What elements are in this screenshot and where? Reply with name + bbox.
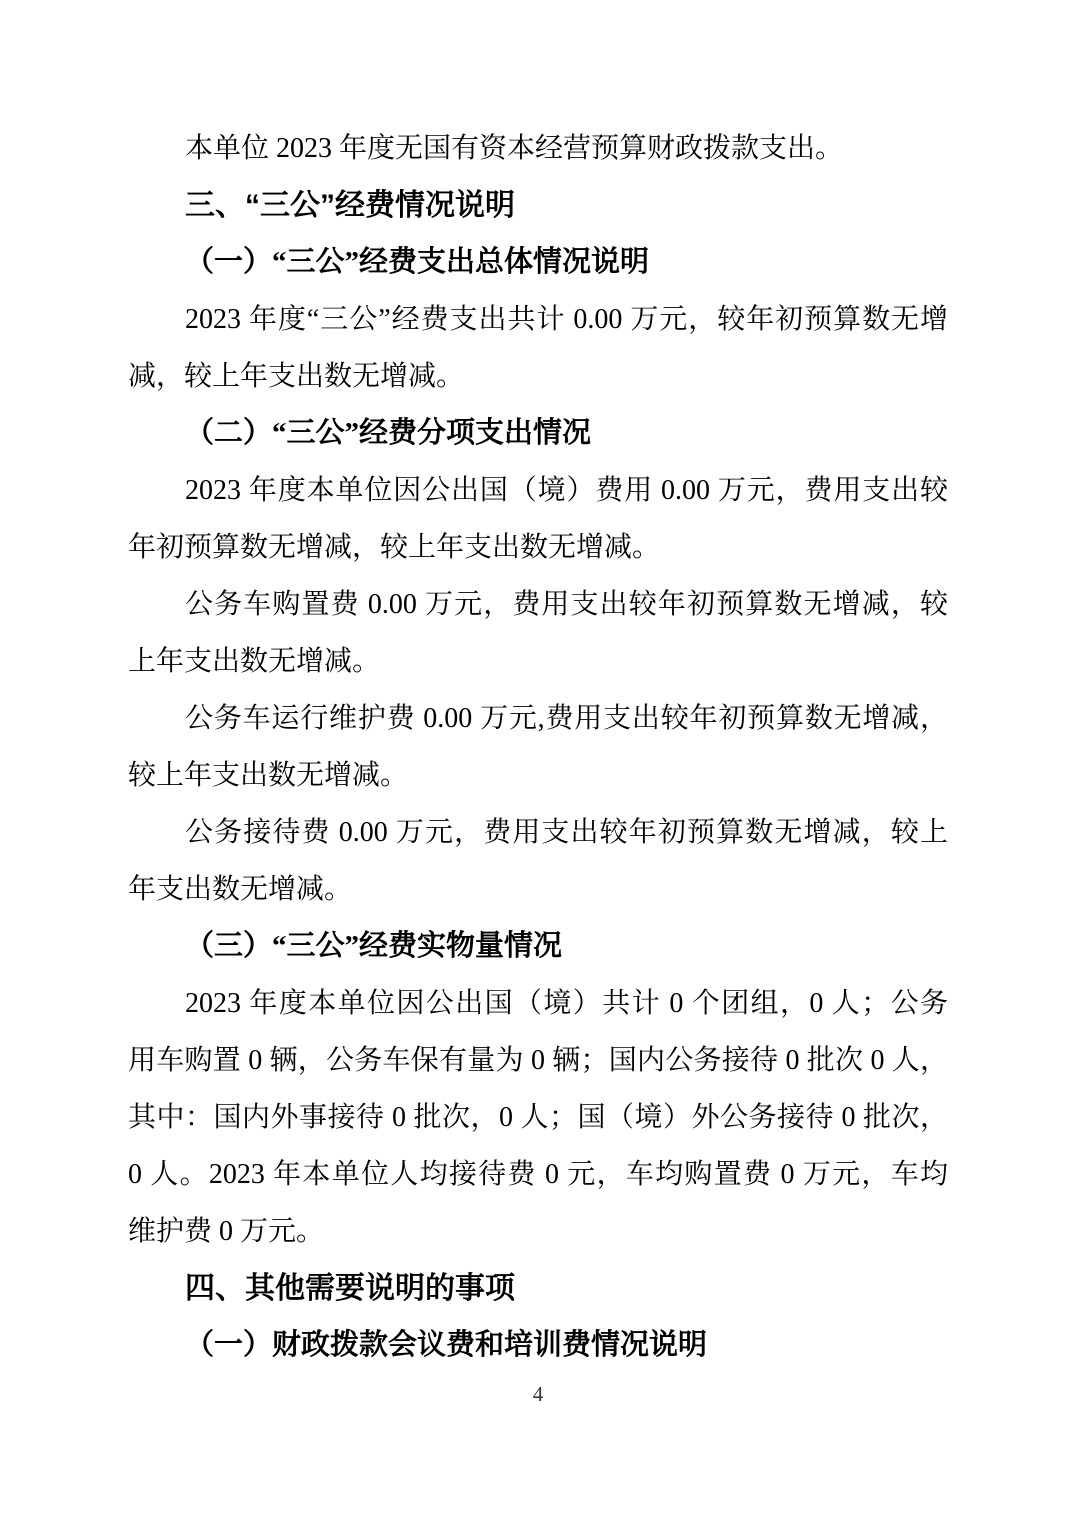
- paragraph-line: 维护费 0 万元。: [128, 1203, 948, 1260]
- paragraph-line: 较上年支出数无增减。: [128, 747, 948, 804]
- paragraph-line: 年初预算数无增减，较上年支出数无增减。: [128, 519, 948, 576]
- heading-sub-3-2: （二）“三公”经费分项支出情况: [128, 405, 948, 462]
- paragraph-line: 2023 年度“三公”经费支出共计 0.00 万元，较年初预算数无增: [128, 291, 948, 348]
- paragraph-line: 用车购置 0 辆，公务车保有量为 0 辆；国内公务接待 0 批次 0 人，: [128, 1032, 948, 1089]
- paragraph-line: 2023 年度本单位因公出国（境）费用 0.00 万元，费用支出较: [128, 462, 948, 519]
- paragraph-line: 公务接待费 0.00 万元，费用支出较年初预算数无增减，较上: [128, 804, 948, 861]
- paragraph-line: 0 人。2023 年本单位人均接待费 0 元，车均购置费 0 万元，车均: [128, 1146, 948, 1203]
- heading-sub-3-1: （一）“三公”经费支出总体情况说明: [128, 234, 948, 291]
- paragraph-line: 年支出数无增减。: [128, 861, 948, 918]
- heading-section-4: 四、其他需要说明的事项: [128, 1260, 948, 1317]
- paragraph-line: 本单位 2023 年度无国有资本经营预算财政拨款支出。: [128, 120, 948, 177]
- paragraph-line: 上年支出数无增减。: [128, 633, 948, 690]
- heading-section-3: 三、“三公”经费情况说明: [128, 177, 948, 234]
- paragraph-line: 2023 年度本单位因公出国（境）共计 0 个团组，0 人；公务: [128, 975, 948, 1032]
- paragraph-line: 公务车运行维护费 0.00 万元,费用支出较年初预算数无增减，: [128, 690, 948, 747]
- page-number: 4: [128, 1380, 948, 1408]
- paragraph-line: 减，较上年支出数无增减。: [128, 348, 948, 405]
- paragraph-line: 公务车购置费 0.00 万元，费用支出较年初预算数无增减，较: [128, 576, 948, 633]
- document-body: 本单位 2023 年度无国有资本经营预算财政拨款支出。 三、“三公”经费情况说明…: [128, 120, 948, 1374]
- heading-sub-4-1: （一）财政拨款会议费和培训费情况说明: [128, 1317, 948, 1374]
- document-page: 本单位 2023 年度无国有资本经营预算财政拨款支出。 三、“三公”经费情况说明…: [0, 0, 1074, 1520]
- paragraph-line: 其中：国内外事接待 0 批次，0 人；国（境）外公务接待 0 批次，: [128, 1089, 948, 1146]
- heading-sub-3-3: （三）“三公”经费实物量情况: [128, 918, 948, 975]
